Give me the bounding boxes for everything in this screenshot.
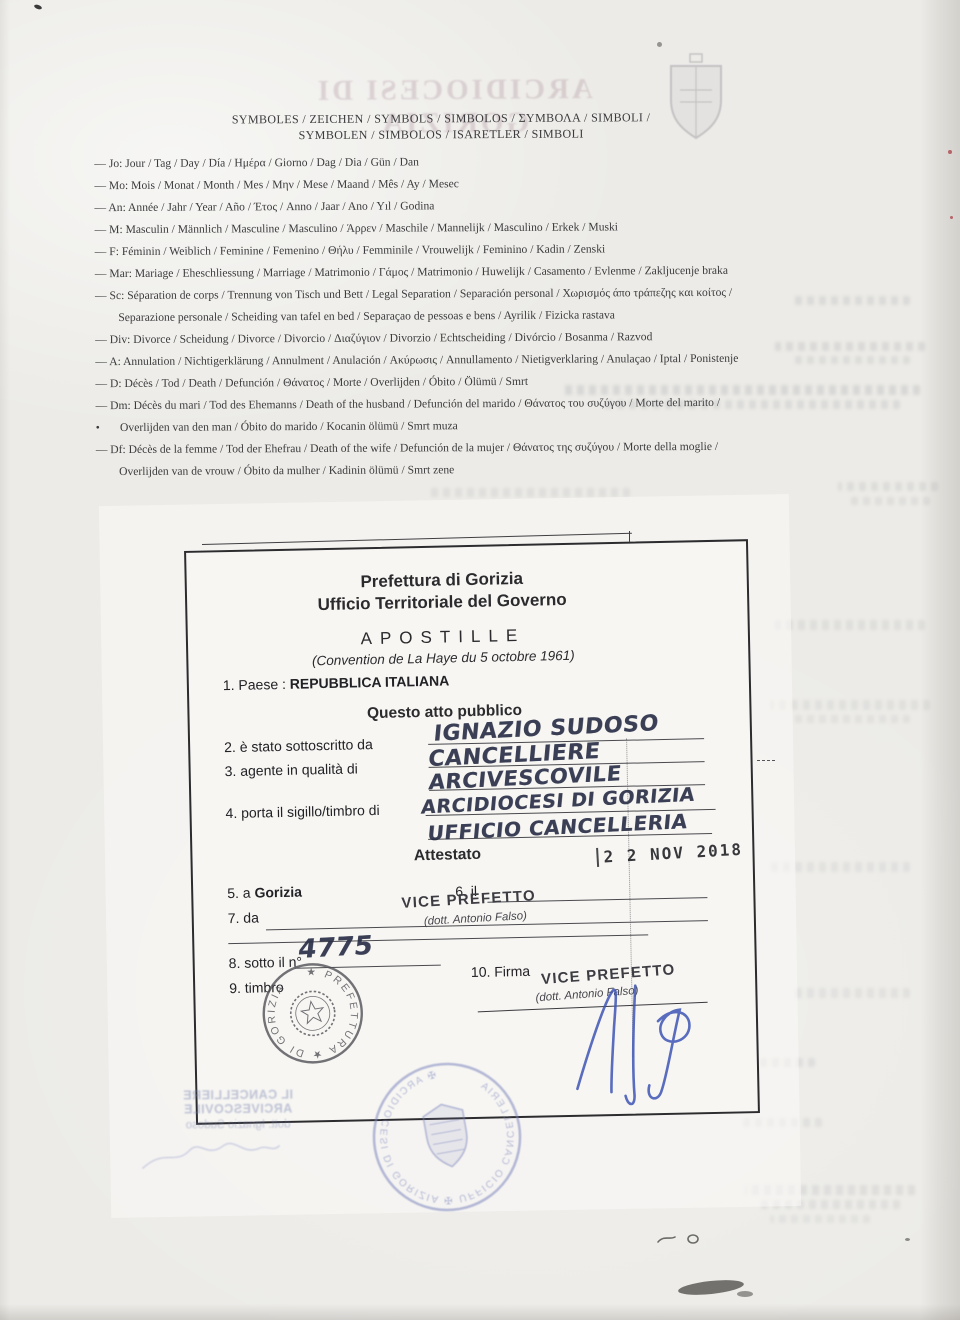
- scan-speck: [657, 42, 662, 47]
- bleed-through-blob: [770, 1215, 870, 1223]
- field-da-label: 7. da: [228, 909, 259, 926]
- scanned-apostille-page: ARCIDIOCESI DI GORIZIA SYMBOLES / ZEICHE…: [0, 0, 960, 1320]
- field-paese-value: REPUBBLICA ITALIANA: [290, 672, 450, 691]
- bleed-through-blob: [775, 620, 925, 630]
- field-sottoscritto-label: 2. è stato sottoscritto da: [224, 736, 373, 755]
- bleed-through-blob: [560, 385, 920, 395]
- symbols-line: Overlijden van de vrouw / Óbito da mulhe…: [96, 457, 916, 483]
- svg-text:★ PREFETTURA ★ DI GORIZIA: ★ PREFETTURA ★ DI GORIZIA: [259, 959, 367, 1067]
- bleed-through-blob: [770, 700, 930, 710]
- field-paese-label: 1. Paese :: [223, 676, 286, 693]
- bleed-through-blob: [600, 400, 900, 409]
- signature: [557, 978, 710, 1116]
- field-sigillo-label: 4. porta il sigillo/timbro di: [225, 802, 379, 821]
- symbols-lines: — Jo: Jour / Tag / Day / Día / Ημέρα / G…: [94, 149, 916, 483]
- field-paese: 1. Paese : REPUBBLICA ITALIANA: [223, 672, 450, 693]
- bleed-through-blob: [790, 356, 910, 364]
- symbols-title-line2: SYMBOLEN / SIMBOLOS / ISARETLER / SIMBOL…: [94, 125, 788, 145]
- apostille-box: Prefettura di Gorizia Ufficio Territoria…: [184, 539, 760, 1125]
- bleed-through-blob: [775, 342, 925, 351]
- round-stamp-text: ★ PREFETTURA ★ DI GORIZIA: [259, 959, 367, 1067]
- bleed-through-signature-scribble: [135, 1128, 285, 1178]
- scan-edge-left: [0, 0, 10, 1320]
- pen-scribble: [655, 1228, 715, 1250]
- prefettura-round-stamp: ★ PREFETTURA ★ DI GORIZIA: [252, 953, 374, 1075]
- scan-speck: [905, 1238, 910, 1241]
- bleed-cancelliere-line1: IL CANCELLIERE ARCIVESCOVILE: [128, 1087, 348, 1117]
- bleed-through-blob: [790, 296, 910, 305]
- bleed-through-blob: [790, 715, 910, 723]
- bleed-through-blob: [430, 488, 630, 497]
- vice-prefetto-stamp-1: VICE PREFETTO: [401, 887, 536, 911]
- field-agente-label: 3. agente in qualità di: [225, 760, 358, 779]
- field-luogo-value: Gorizia: [254, 884, 302, 901]
- field-firma-label: 10. Firma: [471, 963, 530, 980]
- scan-stray-dash: [757, 760, 775, 761]
- scan-edge-right: [920, 0, 960, 1320]
- ink-smudge-small: [737, 1291, 753, 1297]
- bleed-through-blob: [850, 497, 930, 505]
- bleed-through-cancelliere: IL CANCELLIERE ARCIVESCOVILE dott. Ignaz…: [128, 1087, 348, 1132]
- bleed-through-blob: [790, 988, 910, 998]
- arcidiocesi-blue-stamp: ✠ ARCIDIOCESI DI GORIZIA ✠ UFFICIO CANCE…: [349, 1039, 546, 1236]
- mid-line: [228, 934, 648, 944]
- field-luogo-label: 5. a: [227, 885, 251, 901]
- scan-edge-bottom: [0, 1304, 960, 1320]
- field-luogo: 5. a Gorizia: [227, 884, 302, 902]
